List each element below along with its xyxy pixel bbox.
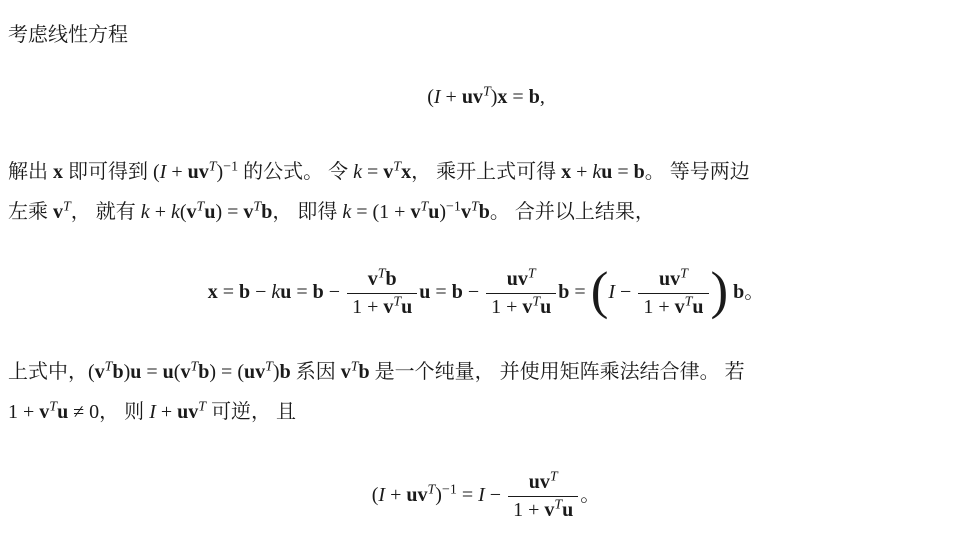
equation-2-content: x = b − ku = b − vTb1 + vTuu = b − uvT1 … [208, 268, 765, 319]
document-page: 考虑线性方程 (I + uvT)x = b, 解出 x 即可得到 (I + uv… [0, 0, 972, 543]
equation-1-content: (I + uvT)x = b, [427, 86, 545, 109]
display-equation-3: (I + uvT)−1 = I − uvT1 + vTu。 [0, 452, 972, 542]
display-equation-1: (I + uvT)x = b, [0, 70, 972, 124]
paragraph-2-line-1: 上式中，(vTb)u = u(vTb) = (uvT)b 系因 vTb 是一个纯… [8, 352, 966, 392]
display-equation-2: x = b − ku = b − vTb1 + vTuu = b − uvT1 … [0, 247, 972, 341]
paragraph-1-line-2: 左乘 vT， 就有 k + k(vTu) = vTb， 即得 k = (1 + … [8, 192, 966, 232]
paragraph-2-line-2: 1 + vTu ≠ 0， 则 I + uvT 可逆， 且 [8, 392, 966, 432]
intro-text: 考虑线性方程 [8, 22, 966, 48]
equation-3-content: (I + uvT)−1 = I − uvT1 + vTu。 [372, 471, 601, 522]
paragraph-1-line-1: 解出 x 即可得到 (I + uvT)−1 的公式。 令 k = vTx， 乘开… [8, 152, 966, 192]
